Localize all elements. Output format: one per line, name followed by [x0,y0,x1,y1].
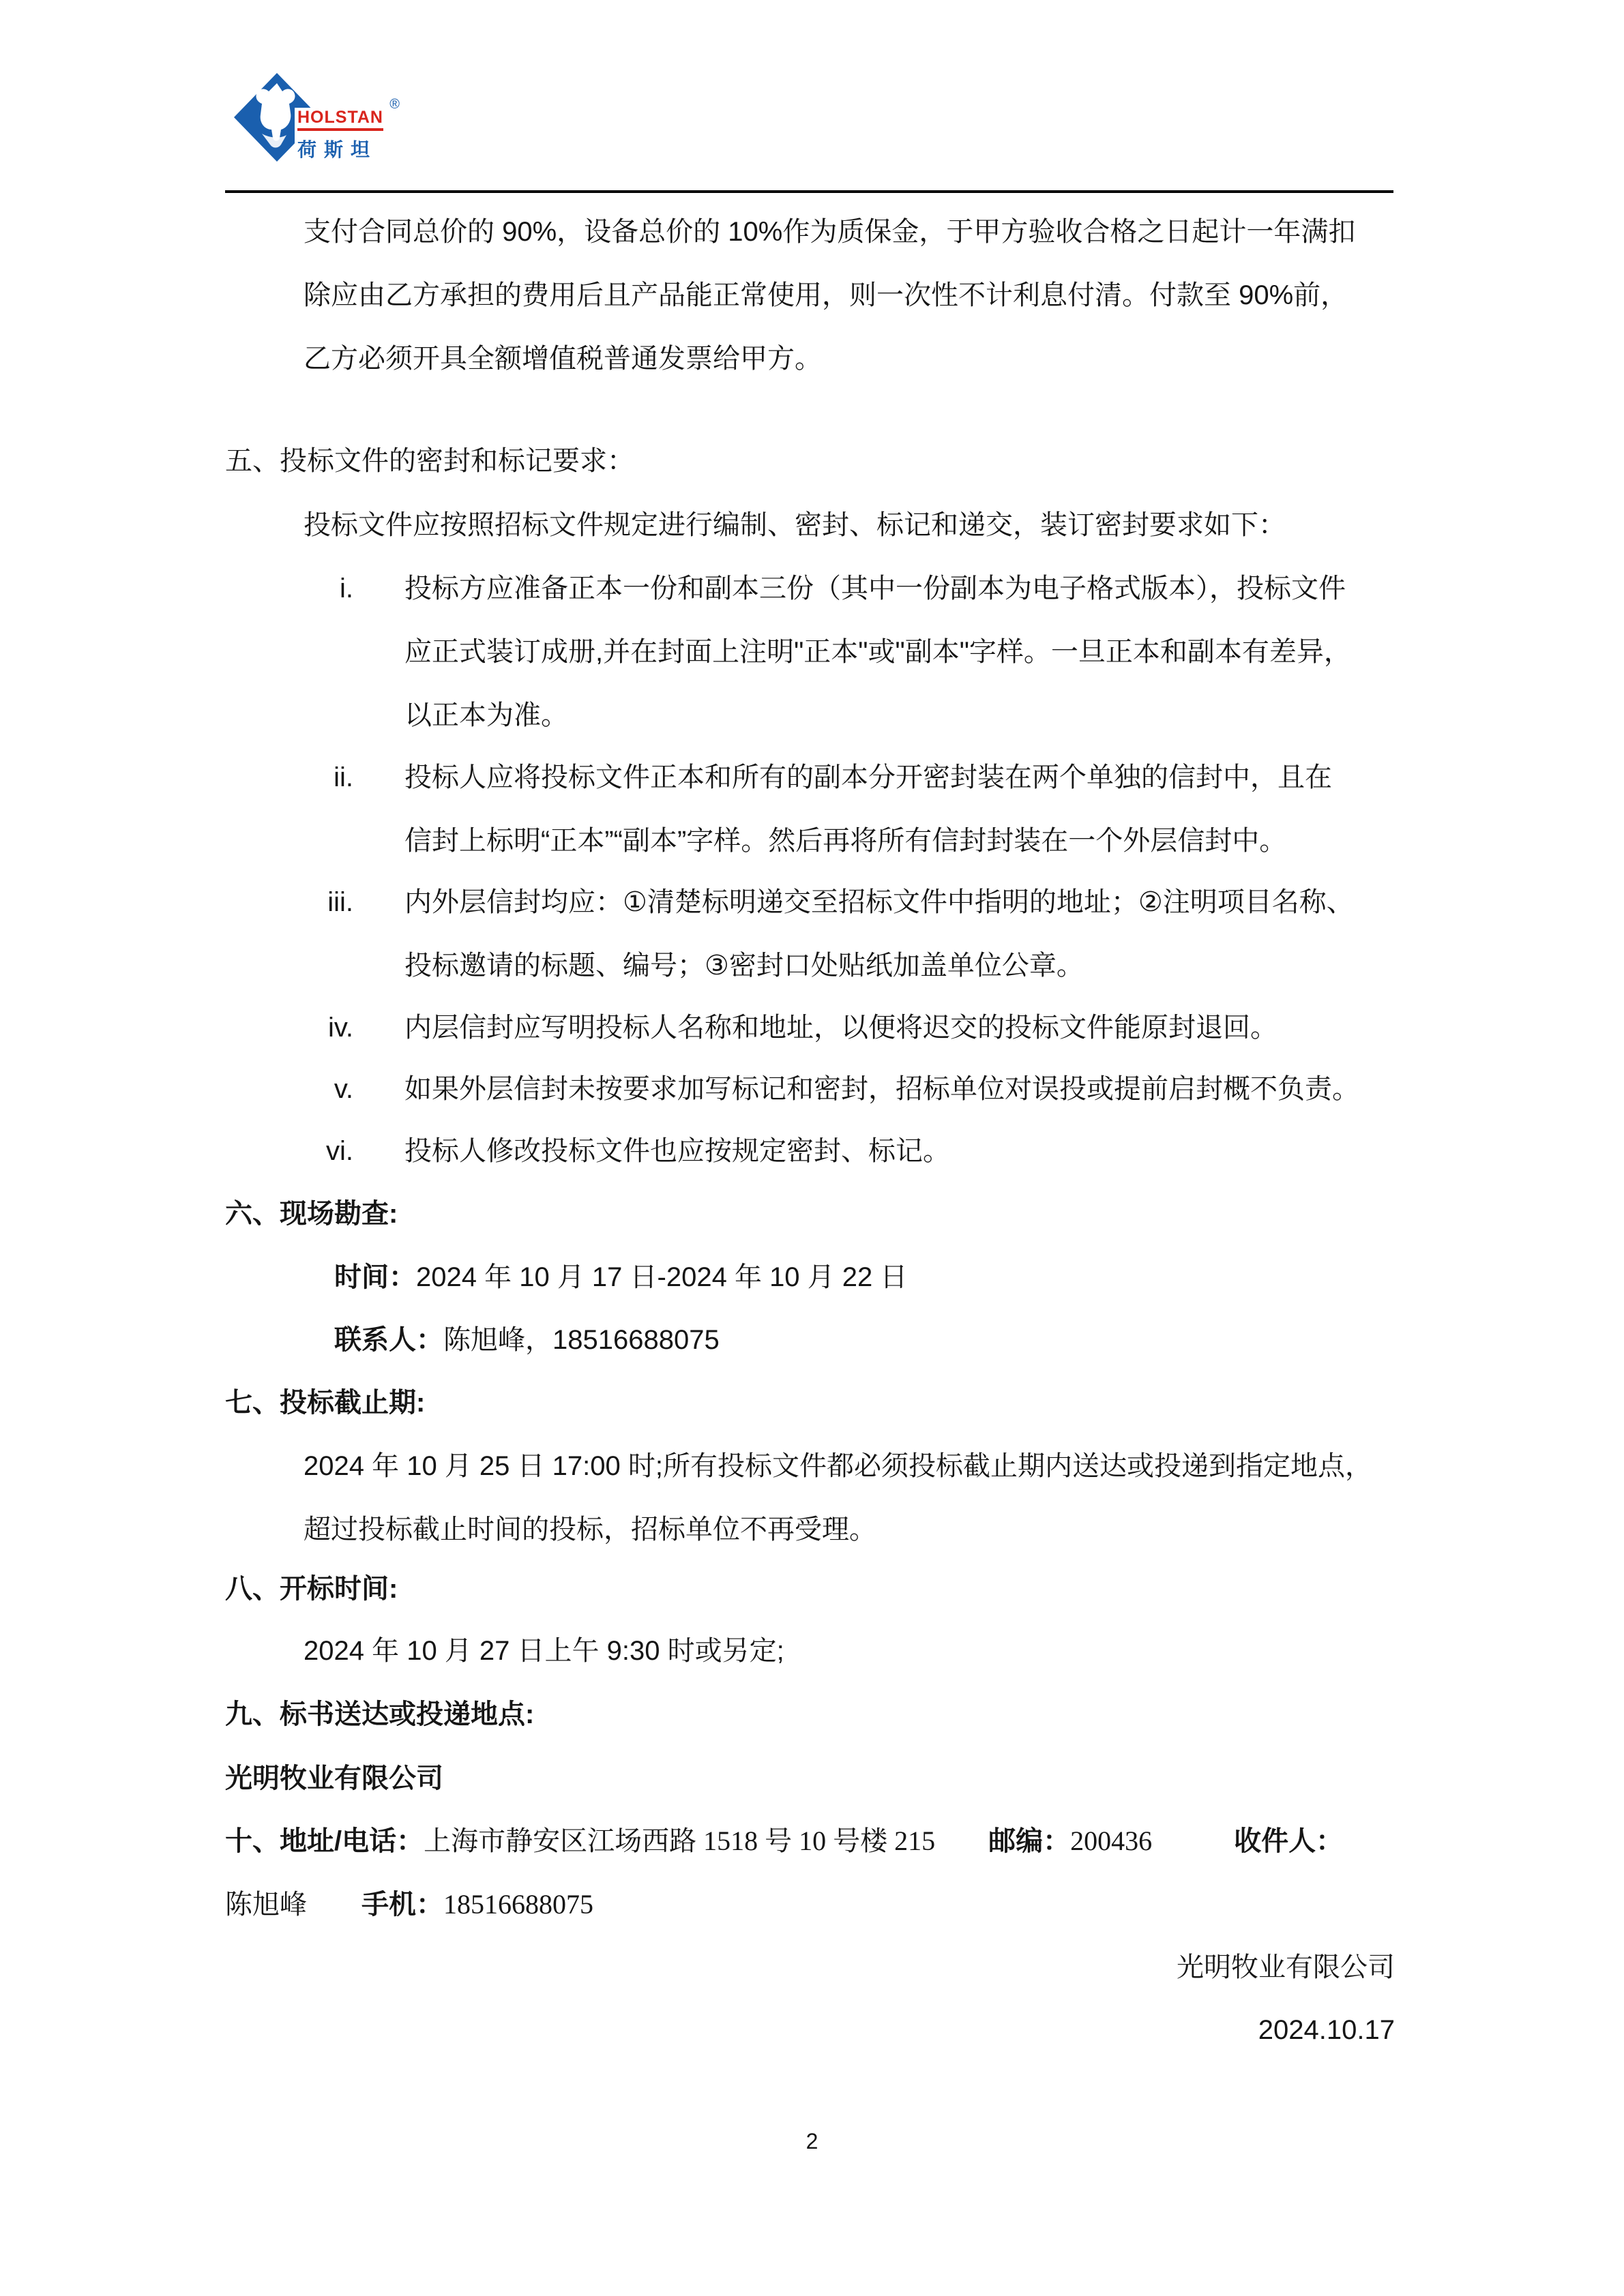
signature-company: 光明牧业有限公司 [1177,1935,1395,1999]
time-label: 时间： [334,1262,416,1292]
payment-paragraph-line: 除应由乙方承担的费用后且产品能正常使用，则一次性不计利息付清。付款至 90%前， [304,263,1348,327]
logo-brand-text: HOLSTAN [297,108,383,131]
mobile-label: 手机： [361,1890,443,1920]
contact-value: 陈旭峰，18516688075 [443,1325,720,1355]
section5-intro: 投标文件应按照招标文件规定进行编制、密封、标记和递交，装订密封要求如下： [304,493,1286,557]
header-rule [225,190,1393,193]
document-page: HOLSTAN ® 荷斯坦 支付合同总价的 90%，设备总价的 10%作为质保金… [0,0,1624,2296]
list-item-text: 内层信封应写明投标人名称和地址，以便将迟交的投标文件能原封退回。 [404,996,1278,1060]
recipient-mobile-line: 陈旭峰手机：18516688075 [225,1873,593,1937]
logo-text-block: HOLSTAN ® 荷斯坦 [295,108,386,164]
payment-paragraph-line: 支付合同总价的 90%，设备总价的 10%作为质保金，于甲方验收合格之日起计一年… [304,200,1355,264]
section6-heading: 六、现场勘查: [225,1182,398,1246]
postcode-value: 200436 [1070,1825,1152,1856]
signature-date: 2024.10.17 [1258,1998,1395,2062]
company-logo: HOLSTAN ® 荷斯坦 [232,67,409,169]
contact-label: 联系人： [334,1325,443,1355]
list-item-text: 内外层信封均应：①清楚标明递交至招标文件中指明的地址；②注明项目名称、 [404,870,1354,934]
list-item-text: 投标方应准备正本一份和副本三份（其中一份副本为电子格式版本），投标文件 [404,556,1346,621]
delivery-company-name: 光明牧业有限公司 [225,1746,443,1810]
address-phone-line: 十、地址/电话：上海市静安区江场西路 1518 号 10 号楼 215邮编：20… [225,1809,1343,1873]
list-item-number: i. [300,556,353,621]
list-item-number: v. [300,1057,353,1121]
list-item-text: 投标人应将投标文件正本和所有的副本分开密封装在两个单独的信封中，且在 [404,745,1332,809]
registered-mark-icon: ® [389,97,400,113]
logo-brand-chinese: 荷斯坦 [297,135,383,162]
list-item-number: ii. [300,745,353,809]
list-item-text: 如果外层信封未按要求加写标记和密封，招标单位对误投或提前启封概不负责。 [404,1057,1359,1121]
address-label: 十、地址/电话： [225,1826,424,1856]
list-item-text: 信封上标明“正本”“副本”字样。然后再将所有信封封装在一个外层信封中。 [404,809,1286,873]
section5-heading: 五、投标文件的密封和标记要求： [225,429,634,493]
time-value: 2024 年 10 月 17 日-2024 年 10 月 22 日 [416,1262,907,1292]
page-number: 2 [0,2109,1624,2173]
section8-heading: 八、开标时间: [225,1557,398,1621]
recipient-name: 陈旭峰 [225,1889,307,1920]
list-item-text: 以正本为准。 [404,683,568,747]
list-item-text: 投标邀请的标题、编号；③密封口处贴纸加盖单位公章。 [404,934,1084,998]
recipient-label: 收件人： [1234,1826,1343,1856]
site-visit-time-line: 时间：2024 年 10 月 17 日-2024 年 10 月 22 日 [334,1245,907,1309]
bid-opening-time-line: 2024 年 10 月 27 日上午 9:30 时或另定; [304,1619,784,1683]
list-item-text: 投标人修改投标文件也应按规定密封、标记。 [404,1119,950,1183]
list-item-text: 应正式装订成册,并在封面上注明"正本"或"副本"字样。一旦正本和副本有差异， [404,620,1351,684]
section7-heading: 七、投标截止期: [225,1371,425,1435]
address-value: 上海市静安区江场西路 1518 号 10 号楼 215 [424,1825,935,1856]
list-item-number: iii. [300,870,353,934]
deadline-line: 超过投标截止时间的投标，招标单位不再受理。 [304,1497,876,1562]
deadline-line: 2024 年 10 月 25 日 17:00 时;所有投标文件都必须投标截止期内… [304,1434,1372,1498]
mobile-value: 18516688075 [443,1889,593,1920]
site-visit-contact-line: 联系人：陈旭峰，18516688075 [334,1308,720,1372]
list-item-number: vi. [300,1119,353,1183]
postcode-label: 邮编： [988,1826,1070,1856]
section9-heading: 九、标书送达或投递地点: [225,1682,534,1746]
payment-paragraph-line: 乙方必须开具全额增值税普通发票给甲方。 [304,327,822,391]
list-item-number: iv. [300,996,353,1060]
